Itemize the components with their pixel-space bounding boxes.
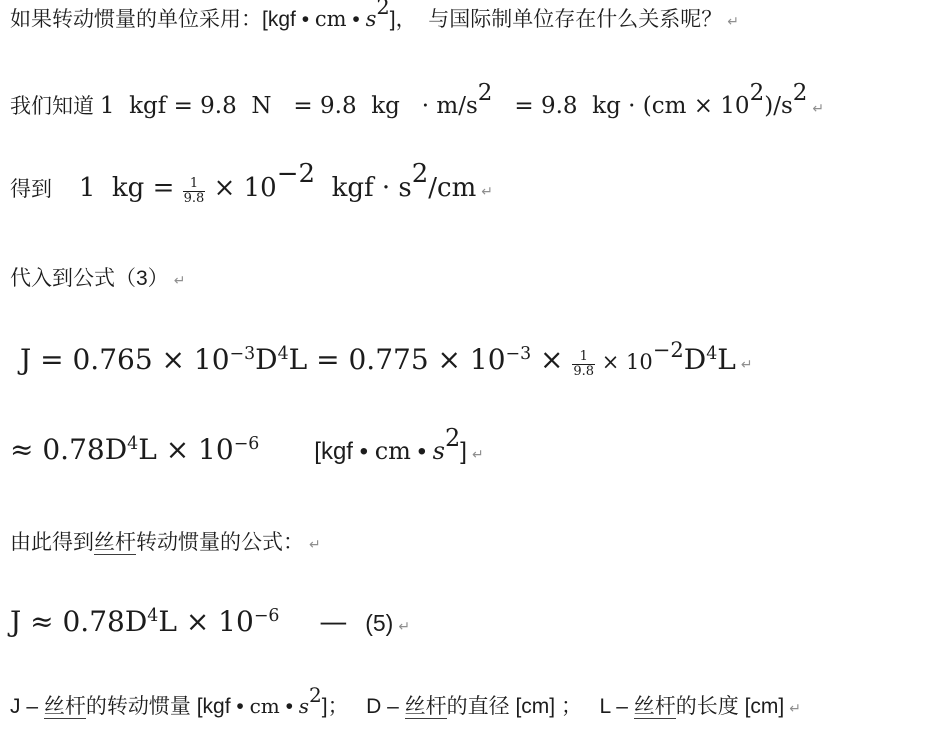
superscript: −2: [277, 159, 315, 189]
kgf-definition-formula: 我们知道 1 kgf = 9.8 N = 9.8 kg · m/s2 = 9.8…: [10, 92, 824, 121]
inertia-formula-expanded: J = 0.765 × 10−3D4L = 0.775 × 10−3 × 19.…: [20, 342, 753, 378]
math-run: kgf · s: [315, 173, 412, 203]
text-run: 如果转动惯量的单位采用：[kgf: [10, 8, 296, 31]
fraction-denominator: 9.8: [183, 192, 206, 206]
paragraph-mark-icon: ↵: [789, 701, 801, 717]
superscript: −3: [230, 344, 256, 364]
math-run: = 9.8 kg · (cm × 10: [492, 93, 749, 119]
superscript: −3: [506, 344, 532, 364]
math-run: 1 kg =: [79, 173, 183, 203]
superscript: 2: [445, 424, 460, 452]
formula5-intro: 由此得到丝杆转动惯量的公式：↵: [10, 530, 321, 556]
bullet-separator: •: [296, 8, 315, 31]
text-run: J –: [10, 695, 44, 718]
underlined-term: 丝杆: [634, 695, 676, 719]
paragraph-mark-icon: ↵: [741, 357, 753, 373]
math-run: ×: [531, 343, 572, 376]
fraction-numerator: 1: [572, 350, 595, 365]
unit-s: s: [366, 7, 377, 31]
text-run: 的直径 [cm] ； L –: [447, 695, 634, 718]
unit-cm: cm: [250, 694, 280, 718]
superscript: 2: [376, 0, 389, 19]
text-run: 得到: [10, 178, 79, 201]
superscript: 2: [412, 159, 429, 189]
substitute-note: 代入到公式（3）↵: [10, 266, 185, 292]
math-run: × 10: [595, 350, 653, 374]
math-run: L × 10: [138, 433, 233, 466]
math-run: D: [255, 343, 277, 376]
math-run: J ≈ 0.78D: [10, 605, 147, 638]
math-run: J = 0.765 × 10: [20, 343, 230, 376]
fraction: 19.8: [183, 177, 206, 205]
math-run: 1 kgf = 9.8 N = 9.8 kg · m/s: [100, 93, 478, 119]
superscript: 4: [706, 344, 717, 364]
superscript: 2: [793, 80, 808, 106]
unit-cm: cm: [315, 7, 347, 31]
math-run: /cm: [428, 173, 476, 203]
superscript: 2: [309, 683, 322, 707]
paragraph-mark-icon: ↵: [727, 14, 739, 30]
paragraph-mark-icon: ↵: [812, 101, 824, 117]
math-run: L = 0.775 × 10: [289, 343, 506, 376]
superscript: 2: [750, 80, 765, 106]
paragraph-mark-icon: ↵: [174, 273, 186, 289]
math-run: × 10: [205, 173, 276, 203]
unit-run: [kgf •: [314, 438, 374, 465]
fraction-denominator: 9.8: [572, 365, 595, 379]
formula5: J ≈ 0.78D4L × 10−6— (5)↵: [10, 604, 410, 639]
text-run: 的转动惯量 [kgf •: [86, 695, 250, 718]
text-run: 的长度 [cm]: [676, 695, 785, 718]
unit-cm: cm: [375, 437, 411, 465]
superscript: 2: [478, 80, 493, 106]
superscript: −6: [254, 606, 280, 626]
underlined-term: 丝杆: [405, 695, 447, 719]
bullet-separator: •: [347, 8, 366, 31]
unit-run: ]: [460, 438, 467, 465]
question-paragraph: 如果转动惯量的单位采用：[kgf • cm • s2]， 与国际制单位存在什么关…: [10, 6, 739, 33]
fraction-numerator: 1: [183, 177, 206, 192]
text-run: 转动惯量的公式：: [136, 531, 304, 554]
fraction: 19.8: [572, 350, 595, 378]
math-run: L: [717, 343, 736, 376]
document-page: 如果转动惯量的单位采用：[kgf • cm • s2]， 与国际制单位存在什么关…: [0, 0, 951, 740]
inertia-formula-approx: ≈ 0.78D4L × 10−6[kgf • cm • s2]↵: [10, 432, 484, 467]
superscript: 4: [278, 344, 289, 364]
superscript: 4: [127, 434, 138, 454]
math-run: ≈ 0.78D: [10, 433, 127, 466]
kg-conversion-formula: 得到 1 kg = 19.8 × 10−2 kgf · s2/cm↵: [10, 172, 493, 205]
legend-line: J – 丝杆的转动惯量 [kgf • cm • s2]； D – 丝杆的直径 […: [10, 694, 801, 720]
unit-s: s: [299, 694, 309, 718]
bullet-separator: •: [411, 438, 433, 465]
superscript: −6: [234, 434, 260, 454]
text-run: 由此得到: [10, 531, 94, 554]
superscript: 4: [147, 606, 158, 626]
unit-s: s: [433, 437, 445, 465]
underlined-term: 丝杆: [94, 531, 136, 555]
bullet-separator: •: [280, 695, 299, 718]
dash-run: —: [319, 605, 365, 638]
text-run: 代入到公式（3）: [10, 267, 169, 290]
underlined-term: 丝杆: [44, 695, 86, 719]
paragraph-mark-icon: ↵: [398, 619, 410, 635]
superscript: −2: [653, 338, 684, 362]
equation-number: (5): [365, 610, 393, 636]
paragraph-mark-icon: ↵: [309, 537, 321, 553]
text-run: 我们知道: [10, 95, 100, 118]
math-run: D: [684, 343, 706, 376]
math-run: )/s: [764, 93, 793, 119]
paragraph-mark-icon: ↵: [472, 447, 484, 463]
text-run: ]； D –: [322, 695, 405, 718]
paragraph-mark-icon: ↵: [481, 184, 493, 200]
text-run: ]， 与国际制单位存在什么关系呢？: [390, 8, 723, 31]
math-run: L × 10: [158, 605, 253, 638]
